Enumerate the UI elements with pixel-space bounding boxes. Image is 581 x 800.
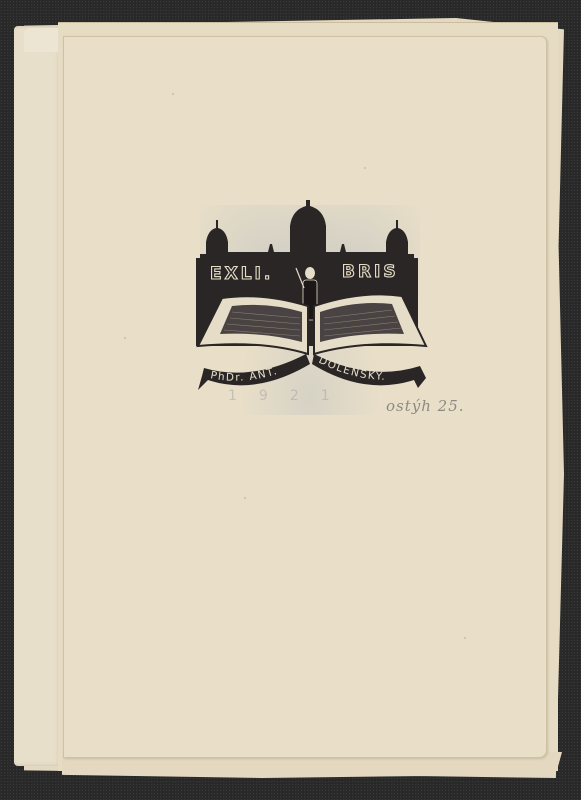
rolled-paper-edge [14, 26, 62, 766]
ex-libris-bookplate: EXLI. BRIS PhDr. ANT. DOLENSKY. [192, 196, 432, 396]
ex-libris-left-text: EXLI. [210, 264, 273, 284]
paper-speck [364, 167, 366, 169]
paper-speck [124, 337, 126, 339]
pencil-signature: ostýh 25. [386, 397, 465, 415]
ex-libris-right-text: BRIS [342, 262, 399, 282]
paper-speck [172, 93, 174, 95]
paper-speck [244, 497, 246, 499]
paper-speck [464, 637, 466, 639]
